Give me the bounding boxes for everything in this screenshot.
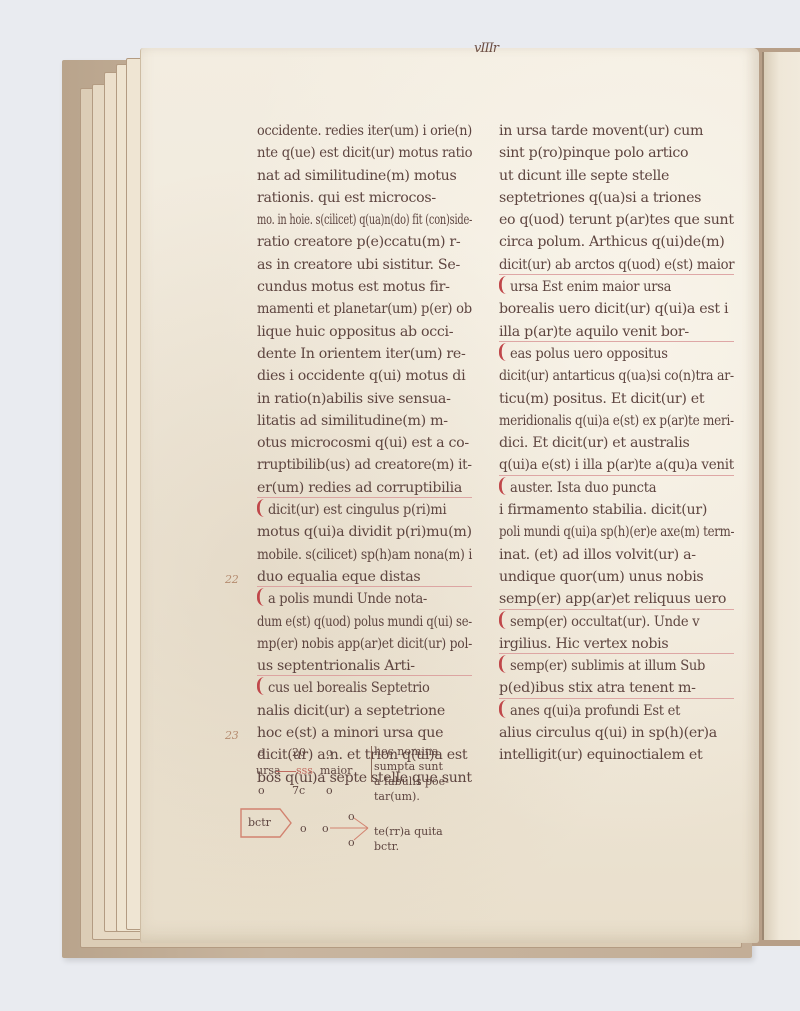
rubric-paragraph-mark <box>257 588 266 606</box>
manuscript-line: mo. in hoie. s(cilicet) q(ua)n(do) fit (… <box>257 209 406 231</box>
manuscript-line: intelligit(ur) equinoctialem et <box>499 744 734 766</box>
diagram-node: o <box>258 746 265 759</box>
manuscript-line: borealis uero dicit(ur) q(ui)a est i <box>499 298 734 320</box>
manuscript-line: otus microcosmi q(ui) est a co- <box>257 432 472 454</box>
line-text: alius circulus q(ui) in sp(h)(er)a <box>499 725 717 741</box>
manuscript-line: mobile. s(cilicet) sp(h)am nona(m) i <box>257 544 446 566</box>
margin-number: 23 <box>225 725 238 747</box>
manuscript-line: dicit(ur) antarticus q(ua)si co(n)tra ar… <box>499 365 707 387</box>
manuscript-line: nat ad similitudine(m) motus <box>257 165 472 187</box>
rubric-paragraph-mark <box>499 655 508 673</box>
rubric-paragraph-mark <box>499 343 508 361</box>
line-text: motus q(ui)a dividit p(ri)mu(m) <box>257 524 472 540</box>
rubric-paragraph-mark <box>257 499 266 517</box>
diagram-node: o <box>258 784 265 797</box>
line-text: mo. in hoie. s(cilicet) q(ua)n(do) fit (… <box>257 212 472 228</box>
manuscript-line: dicit(ur) ab arctos q(uod) e(st) maior <box>499 254 717 276</box>
line-text: ticu(m) positus. Et dicit(ur) et <box>499 391 704 407</box>
manuscript-line: a polis mundi Unde nota- <box>257 588 454 610</box>
manuscript-line: ticu(m) positus. Et dicit(ur) et <box>499 388 734 410</box>
manuscript-line: ursa Est enim maior ursa <box>499 276 716 298</box>
manuscript-line: motus q(ui)a dividit p(ri)mu(m) <box>257 521 472 543</box>
marginal-diagram: o 20 o ursa sss maior o 7c o hec nomina … <box>240 740 480 870</box>
rubric-guide-line <box>257 675 472 676</box>
manuscript-line: nte q(ue) est dicit(ur) motus ratio <box>257 142 457 164</box>
diagram-box-label: bctr <box>248 816 271 829</box>
diagram-branch-lines <box>328 814 378 844</box>
manuscript-line: i firmamento stabilia. dicit(ur) <box>499 499 734 521</box>
diagram-number: 7c <box>292 784 305 797</box>
line-text: anes q(ui)a profundi Est et <box>510 703 680 719</box>
rubric-guide-line <box>257 497 472 498</box>
line-text: ratio creatore p(e)ccatu(m) r- <box>257 234 460 250</box>
line-text: in ratio(n)abilis sive sensua- <box>257 391 451 407</box>
diagram-node: o <box>326 784 333 797</box>
manuscript-line: dici. Et dicit(ur) et australis <box>499 432 734 454</box>
rubric-paragraph-mark <box>499 276 508 294</box>
line-text: nat ad similitudine(m) motus <box>257 168 456 184</box>
facing-page <box>762 52 800 940</box>
manuscript-line: semp(er) sublimis at illum Sub <box>499 655 716 677</box>
line-text: occidente. redies iter(um) i orie(n) <box>257 123 472 139</box>
manuscript-line: rationis. qui est microcos- <box>257 187 472 209</box>
line-text: er(um) redies ad corruptibilia <box>257 480 462 496</box>
line-text: undique quor(um) unus nobis <box>499 569 703 585</box>
line-text: dicit(ur) antarticus q(ua)si co(n)tra ar… <box>499 368 734 384</box>
line-text: dies i occidente q(ui) motus di <box>257 368 465 384</box>
manuscript-line: undique quor(um) unus nobis <box>499 566 734 588</box>
manuscript-line: auster. Ista duo puncta <box>499 477 716 499</box>
line-text: irgilius. Hic vertex nobis <box>499 636 668 652</box>
diagram-connector: sss <box>296 764 313 777</box>
line-text: duo equalia eque distas <box>257 569 420 585</box>
line-text: mamenti et planetar(um) p(er) ob <box>257 301 472 317</box>
line-text: q(ui)a e(st) i illa p(ar)te a(qu)a venit <box>499 457 734 473</box>
line-text: nte q(ue) est dicit(ur) motus ratio <box>257 145 472 161</box>
manuscript-line: as in creatore ubi sistitur. Se- <box>257 254 472 276</box>
manuscript-line: mamenti et planetar(um) p(er) ob <box>257 298 455 320</box>
line-text: cus uel borealis Septetrio <box>268 680 430 696</box>
line-text: intelligit(ur) equinoctialem et <box>499 747 702 763</box>
rubric-guide-line <box>499 653 734 654</box>
rubric-guide-line <box>499 475 734 476</box>
manuscript-line: ratio creatore p(e)ccatu(m) r- <box>257 231 472 253</box>
manuscript-line: circa polum. Arthicus q(ui)de(m) <box>499 231 734 253</box>
diagram-label-maior: maior <box>320 764 352 777</box>
line-text: septetriones q(ua)si a triones <box>499 190 701 206</box>
line-text: ut dicunt ille septe stelle <box>499 168 669 184</box>
manuscript-line: p(ed)ibus stix atra tenent m- <box>499 677 734 699</box>
line-text: us septentrionalis Arti- <box>257 658 415 674</box>
line-text: ursa Est enim maior ursa <box>510 279 671 295</box>
line-text: meridionalis q(ui)a e(st) ex p(ar)te mer… <box>499 413 734 429</box>
manuscript-line: ut dicunt ille septe stelle <box>499 165 734 187</box>
line-text: semp(er) app(ar)et reliquus uero <box>499 591 726 607</box>
line-text: semp(er) occultat(ur). Unde v <box>510 614 699 630</box>
manuscript-line: alius circulus q(ui) in sp(h)(er)a <box>499 722 734 744</box>
manuscript-line: inat. (et) ad illos volvit(ur) a- <box>499 544 734 566</box>
line-text: lique huic oppositus ab occi- <box>257 324 453 340</box>
manuscript-line: litatis ad similitudine(m) m- <box>257 410 472 432</box>
manuscript-line: mp(er) nobis app(ar)et dicit(ur) pol- <box>257 633 444 655</box>
folio-number: vIIIr <box>474 41 498 56</box>
line-text: eas polus uero oppositus <box>510 346 668 362</box>
rubric-paragraph-mark <box>257 677 266 695</box>
manuscript-line: nalis dicit(ur) a septetrione <box>257 700 472 722</box>
diagram-side-note: hec nomina sumpta sunt a fabulis poe- ta… <box>374 744 449 804</box>
diagram-line <box>276 771 296 772</box>
manuscript-line: q(ui)a e(st) i illa p(ar)te a(qu)a venit <box>499 454 722 476</box>
line-text: auster. Ista duo puncta <box>510 480 656 496</box>
manuscript-line: semp(er) app(ar)et reliquus uero <box>499 588 734 610</box>
line-text: a polis mundi Unde nota- <box>268 591 427 607</box>
manuscript-line: dicit(ur) est cingulus p(ri)mi <box>257 499 454 521</box>
manuscript-line: eas polus uero oppositus <box>499 343 716 365</box>
line-text: p(ed)ibus stix atra tenent m- <box>499 680 696 696</box>
rubric-guide-line <box>499 274 734 275</box>
manuscript-line: rruptibilib(us) ad creatore(m) it- <box>257 454 464 476</box>
rubric-paragraph-mark <box>499 477 508 495</box>
line-text: as in creatore ubi sistitur. Se- <box>257 257 460 273</box>
manuscript-line: eo q(uod) terunt p(ar)tes que sunt <box>499 209 733 231</box>
manuscript-line: duo equalia eque distas <box>257 566 472 588</box>
diagram-number: 20 <box>292 746 306 759</box>
line-text: cundus motus est motus fir- <box>257 279 450 295</box>
manuscript-line: us septentrionalis Arti- <box>257 655 472 677</box>
line-text: otus microcosmi q(ui) est a co- <box>257 435 469 451</box>
manuscript-line: irgilius. Hic vertex nobis <box>499 633 734 655</box>
line-text: dicit(ur) est cingulus p(ri)mi <box>268 502 446 518</box>
manuscript-line: cus uel borealis Septetrio <box>257 677 454 699</box>
diagram-node: o <box>326 746 333 759</box>
manuscript-line: septetriones q(ua)si a triones <box>499 187 734 209</box>
manuscript-line: dum e(st) q(uod) polus mundi q(ui) se- <box>257 611 431 633</box>
diagram-chain-note: te(rr)a quita bctr. <box>374 824 443 854</box>
manuscript-line: lique huic oppositus ab occi- <box>257 321 472 343</box>
rubric-paragraph-mark <box>499 700 508 718</box>
line-text: hoc e(st) a minori ursa que <box>257 725 443 741</box>
manuscript-line: occidente. redies iter(um) i orie(n) <box>257 120 451 142</box>
line-text: circa polum. Arthicus q(ui)de(m) <box>499 234 724 250</box>
line-text: rruptibilib(us) ad creatore(m) it- <box>257 457 472 473</box>
diagram-divider <box>371 746 372 782</box>
manuscript-line: poli mundi q(ui)a sp(h)(er)e axe(m) term… <box>499 521 693 543</box>
line-text: borealis uero dicit(ur) q(ui)a est i <box>499 301 728 317</box>
manuscript-line: anes q(ui)a profundi Est et <box>499 700 716 722</box>
line-text: illa p(ar)te aquilo venit bor- <box>499 324 689 340</box>
manuscript-line: meridionalis q(ui)a e(st) ex p(ar)te mer… <box>499 410 698 432</box>
manuscript-line: dies i occidente q(ui) motus di <box>257 365 472 387</box>
rubric-paragraph-mark <box>499 611 508 629</box>
rubric-guide-line <box>499 609 734 610</box>
line-text: mp(er) nobis app(ar)et dicit(ur) pol- <box>257 636 472 652</box>
rubric-guide-line <box>499 698 734 699</box>
manuscript-line: illa p(ar)te aquilo venit bor- <box>499 321 734 343</box>
line-text: in ursa tarde movent(ur) cum <box>499 123 703 139</box>
line-text: poli mundi q(ui)a sp(h)(er)e axe(m) term… <box>499 524 734 540</box>
manuscript-line: dente In orientem iter(um) re- <box>257 343 472 365</box>
line-text: rationis. qui est microcos- <box>257 190 436 206</box>
text-column-left: occidente. redies iter(um) i orie(n)nte … <box>257 120 472 789</box>
line-text: dum e(st) q(uod) polus mundi q(ui) se- <box>257 614 472 630</box>
line-text: inat. (et) ad illos volvit(ur) a- <box>499 547 696 563</box>
rubric-guide-line <box>499 341 734 342</box>
line-text: nalis dicit(ur) a septetrione <box>257 703 445 719</box>
rubric-guide-line <box>257 586 472 587</box>
book-scene: vIIIr occidente. redies iter(um) i orie(… <box>0 0 800 1011</box>
line-text: litatis ad similitudine(m) m- <box>257 413 448 429</box>
manuscript-line: in ratio(n)abilis sive sensua- <box>257 388 472 410</box>
manuscript-line: sint p(ro)pinque polo artico <box>499 142 734 164</box>
manuscript-line: er(um) redies ad corruptibilia <box>257 477 472 499</box>
line-text: sint p(ro)pinque polo artico <box>499 145 688 161</box>
text-column-right: in ursa tarde movent(ur) cumsint p(ro)pi… <box>499 120 734 767</box>
diagram-node: o <box>300 822 307 835</box>
line-text: dente In orientem iter(um) re- <box>257 346 466 362</box>
line-text: mobile. s(cilicet) sp(h)am nona(m) i <box>257 547 472 563</box>
margin-number: 22 <box>225 569 238 591</box>
line-text: i firmamento stabilia. dicit(ur) <box>499 502 707 518</box>
manuscript-line: cundus motus est motus fir- <box>257 276 472 298</box>
manuscript-line: semp(er) occultat(ur). Unde v <box>499 611 716 633</box>
line-text: semp(er) sublimis at illum Sub <box>510 658 705 674</box>
line-text: dici. Et dicit(ur) et australis <box>499 435 689 451</box>
manuscript-line: in ursa tarde movent(ur) cum <box>499 120 734 142</box>
line-text: dicit(ur) ab arctos q(uod) e(st) maior <box>499 257 734 273</box>
line-text: eo q(uod) terunt p(ar)tes que sunt <box>499 212 734 228</box>
